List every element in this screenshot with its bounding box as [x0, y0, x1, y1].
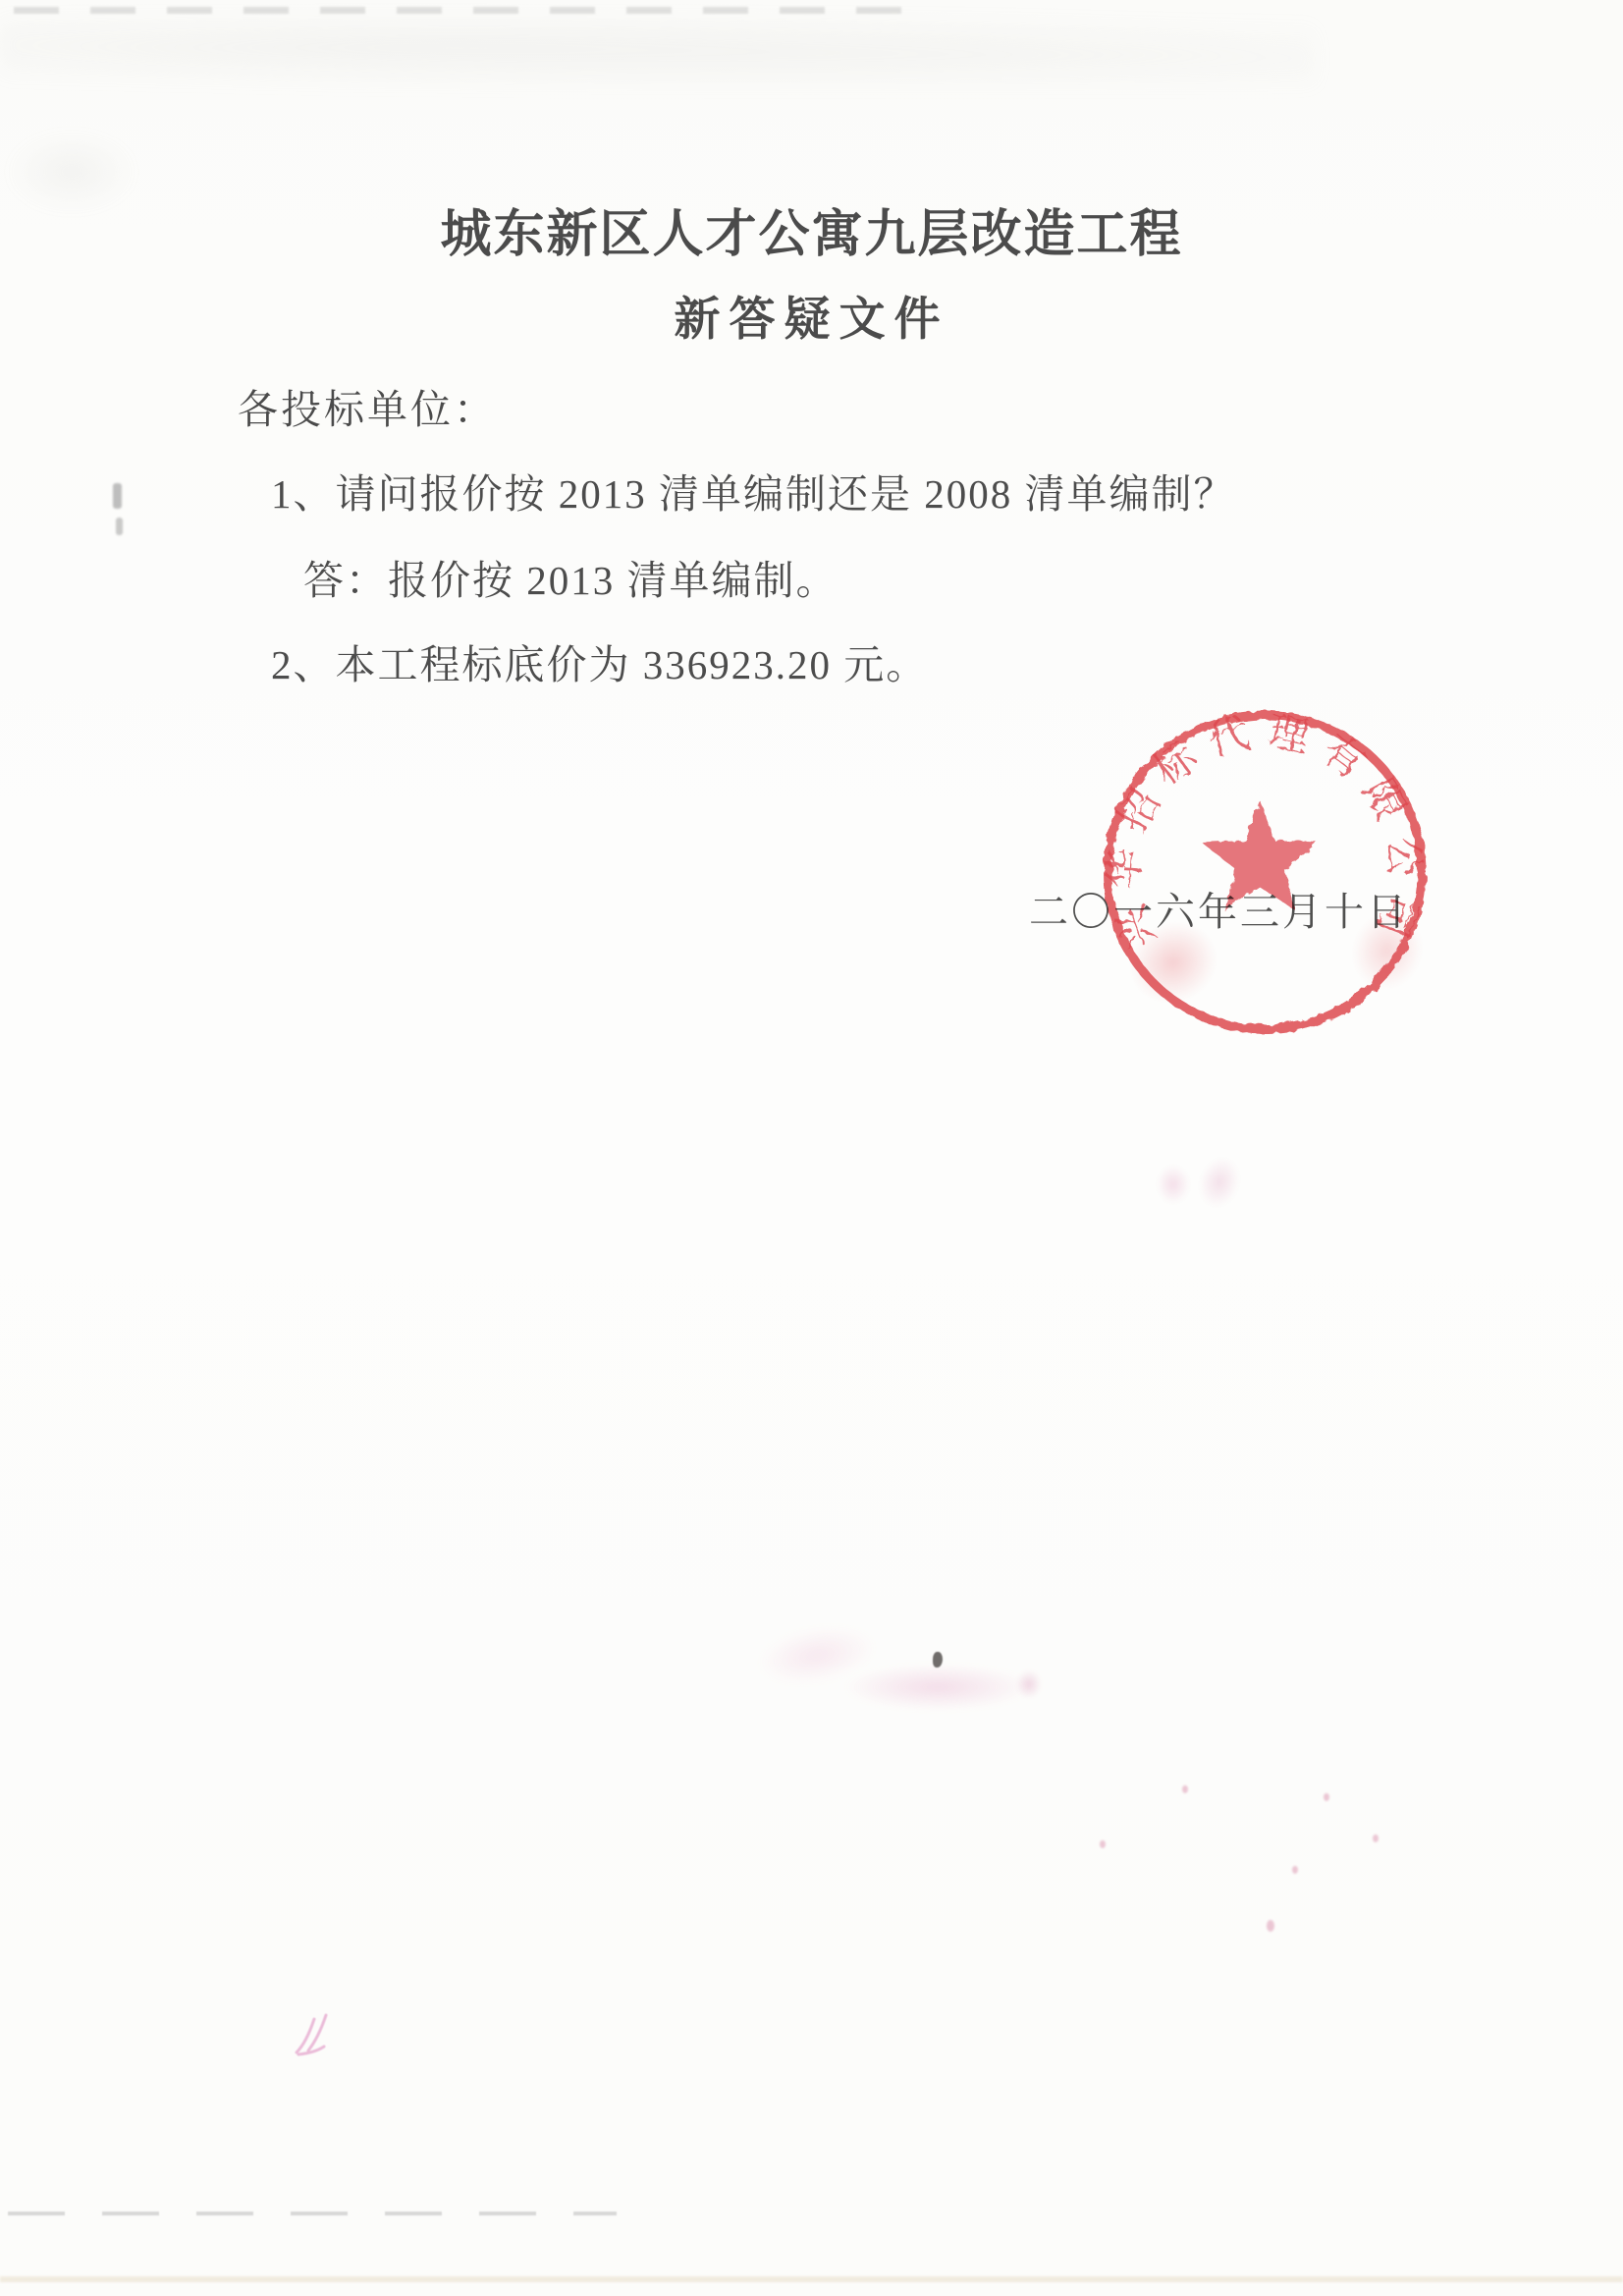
bleed-through-speck: [1100, 1840, 1106, 1848]
company-seal-stamp: 兴华招标代理有限公司: [1080, 687, 1453, 1061]
bleed-through-mark: [1157, 1165, 1190, 1204]
bleed-through-mark: [754, 1618, 880, 1692]
bleed-through-mark: [1193, 1152, 1246, 1213]
scan-artifact-margin-tick: [116, 518, 123, 535]
bleed-through-speck: [1182, 1785, 1188, 1793]
ink-speck: [933, 1652, 943, 1667]
item-2-line: 2、本工程标底价为 336923.20 元。: [271, 632, 928, 690]
document-date: 二〇一六年三月十日: [1029, 881, 1409, 937]
scan-artifact-top-shading: [0, 18, 1316, 86]
salutation-line: 各投标单位：: [238, 377, 497, 435]
pink-scribble-mark: [291, 2005, 350, 2059]
document-subtitle: 新答疑文件: [0, 283, 1623, 349]
answer-1-line: 答：报价按 2013 清单编制。: [303, 548, 839, 606]
document-title: 城东新区人才公寓九层改造工程: [0, 192, 1623, 266]
bleed-through-speck: [1267, 1920, 1274, 1932]
bleed-through-speck: [1292, 1866, 1298, 1874]
bleed-through-speck: [1324, 1793, 1329, 1801]
bleed-through-mark: [844, 1665, 1031, 1710]
scan-artifact-bottom-dashes: [8, 2212, 617, 2215]
bleed-through-speck: [1373, 1834, 1379, 1842]
scan-artifact-bottom-line: [0, 2276, 1623, 2282]
question-1-line: 1、请问报价按 2013 清单编制还是 2008 清单编制？: [271, 462, 1236, 519]
bleed-through-mark: [1016, 1669, 1042, 1699]
scan-artifact-top-dashes: [14, 7, 917, 14]
scanned-document-page: 城东新区人才公寓九层改造工程 新答疑文件 各投标单位： 1、请问报价按 2013…: [0, 0, 1623, 2296]
scan-artifact-margin-tick: [113, 483, 122, 509]
